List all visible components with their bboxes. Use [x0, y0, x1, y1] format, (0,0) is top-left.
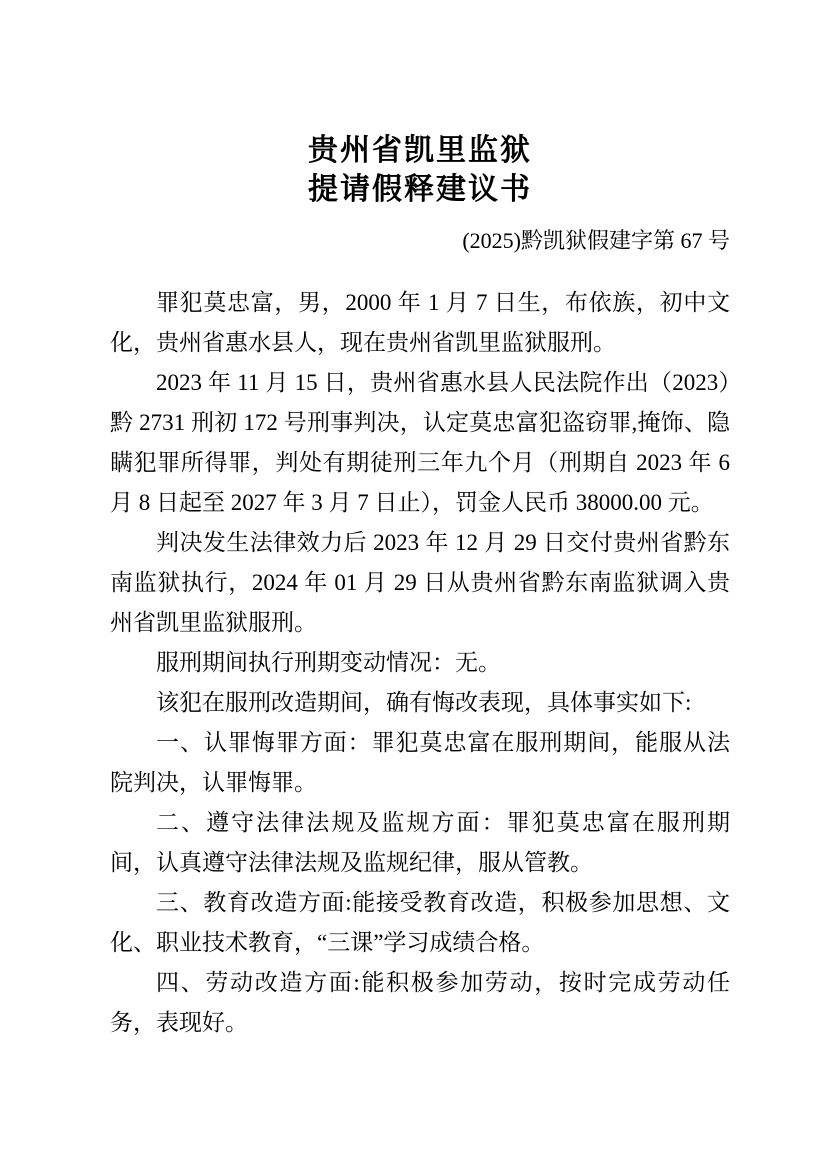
title-line-document-type: 提请假释建议书 — [110, 170, 730, 209]
paragraph-item-2-rule-compliance: 二、遵守法律法规及监规方面：罪犯莫忠富在服刑期间，认真遵守法律法规及监规纪律，服… — [110, 803, 730, 883]
paragraph-item-3-education-reform: 三、教育改造方面:能接受教育改造，积极参加思想、文化、职业技术教育，“三课”学习… — [110, 883, 730, 963]
paragraph-sentence-details: 2023 年 11 月 15 日，贵州省惠水县人民法院作出（2023）黔 273… — [110, 363, 730, 523]
paragraph-item-1-guilt-admission: 一、认罪悔罪方面：罪犯莫忠富在服刑期间，能服从法院判决，认罪悔罪。 — [110, 723, 730, 803]
paragraph-prisoner-info: 罪犯莫忠富，男，2000 年 1 月 7 日生，布依族，初中文化，贵州省惠水县人… — [110, 283, 730, 363]
document-content: 贵州省凯里监狱 提请假释建议书 (2025)黔凯狱假建字第 67 号 罪犯莫忠富… — [0, 0, 827, 1043]
document-page: 贵州省凯里监狱 提请假释建议书 (2025)黔凯狱假建字第 67 号 罪犯莫忠富… — [0, 0, 827, 1169]
paragraph-item-4-labor-reform: 四、劳动改造方面:能积极参加劳动，按时完成劳动任务，表现好。 — [110, 963, 730, 1043]
document-title: 贵州省凯里监狱 提请假释建议书 — [110, 131, 730, 209]
document-number: (2025)黔凯狱假建字第 67 号 — [110, 226, 730, 256]
document-body: 罪犯莫忠富，男，2000 年 1 月 7 日生，布依族，初中文化，贵州省惠水县人… — [110, 283, 730, 1043]
paragraph-transfer-history: 判决发生法律效力后 2023 年 12 月 29 日交付贵州省黔东南监狱执行，2… — [110, 523, 730, 643]
paragraph-repentance-intro: 该犯在服刑改造期间，确有悔改表现，具体事实如下: — [110, 683, 730, 723]
title-line-prison-name: 贵州省凯里监狱 — [110, 131, 730, 170]
paragraph-term-changes: 服刑期间执行刑期变动情况：无。 — [110, 643, 730, 683]
